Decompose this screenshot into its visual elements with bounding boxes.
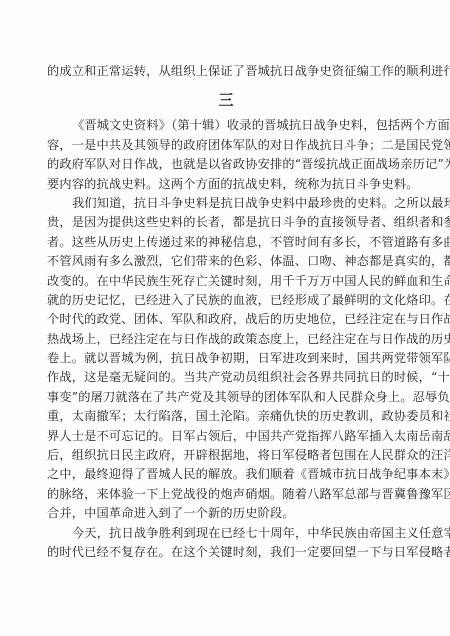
text-line: 不管风雨有多么激烈，它们带来的色彩、体温、口吻、神态都是真实的，都是不可 xyxy=(47,252,405,271)
text-line: 作战，这是毫无疑问的。当共产党动员组织社会各界共同抗日的时候，“十二月 xyxy=(47,368,405,387)
text-line: 贵，是因为提供这些史料的长者，都是抗日斗争的直接领导者、组织者和参与 xyxy=(47,213,405,232)
text-line: 的政府军队对日作战，也就是以省政协安排的“晋绥抗战正面战场亲历记”为主 xyxy=(47,155,405,174)
text-line: 改变的。在中华民族生死存亡关键时刻，用千千万万中国人民的鲜血和生命铸 xyxy=(47,272,405,291)
text-line: 事变”的屠刀就落在了共产党及其领导的团体军队和人民群众身上。忍辱负 xyxy=(47,388,405,407)
text-line: 热战场上，已经注定在与日作战的政策态度上，已经注定在与日作战的历史画 xyxy=(47,330,405,349)
text-line: 容，一是中共及其领导的政府团体军队的对日作战抗日斗争；二是国民党领导 xyxy=(47,136,405,155)
text-line: 界人士是不可忘记的。日军占领后，中国共产党指挥八路军插入太南岳南敌 xyxy=(47,427,405,446)
paragraph: 我们知道，抗日斗争史料是抗日战争史料中最珍贵的史料。之所以最珍 贵，是因为提供这… xyxy=(47,194,405,524)
text-line: 合并，中国革命进入到了一个新的历史阶段。 xyxy=(47,504,405,523)
text-line: 之中，最终迎得了晋城人民的解放。我们顺着《晋城市抗日战争纪事本末》展示 xyxy=(47,465,405,484)
text-line: 的脉络，来体验一下上党战役的炮声硝烟。随着八路军总部与晋冀鲁豫军区的 xyxy=(47,485,405,504)
paragraph: 《晋城文史资料》（第十辑）收录的晋城抗日战争史料，包括两个方面的内 容，一是中共… xyxy=(47,116,405,194)
document-page: 的成立和正常运转，从组织上保证了晋城抗日战争史资征编工作的顺利进行。 三 《晋城… xyxy=(47,62,405,562)
text-line: 的成立和正常运转，从组织上保证了晋城抗日战争史资征编工作的顺利进行。 xyxy=(47,62,405,81)
text-line: 重，太南撤军；太行陷落，国土沦陷。亲痛仇快的历史教训，政协委员和社会各 xyxy=(47,407,405,426)
text-line: 就的历史记忆，已经进入了民族的血液，已经形成了最鲜明的文化烙印。在那 xyxy=(47,291,405,310)
text-line: 今天，抗日战争胜利到现在已经七十周年，中华民族由帝国主义任意宰割 xyxy=(47,524,405,543)
text-line: 者。这些从历史上传递过来的神秘信息，不管时间有多长，不管道路有多曲折， xyxy=(47,233,405,252)
text-line: 卷上。就以晋城为例，抗日战争初期，日军进攻到来时，国共两党带领军队与日 xyxy=(47,349,405,368)
section-heading: 三 xyxy=(47,87,405,113)
paragraph: 今天，抗日战争胜利到现在已经七十周年，中华民族由帝国主义任意宰割 的时代已经不复… xyxy=(47,524,405,563)
text-line: 后，组织抗日民主政府，开辟根据地，将日军侵略者包围在人民群众的汪洋大海 xyxy=(47,446,405,465)
text-line: 的时代已经不复存在。在这个关键时刻，我们一定要回望一下与日军侵略者的 xyxy=(47,543,405,562)
text-line: 《晋城文史资料》（第十辑）收录的晋城抗日战争史料，包括两个方面的内 xyxy=(47,116,405,135)
text-line: 要内容的抗战史料。这两个方面的抗战史料，统称为抗日斗争史料。 xyxy=(47,175,405,194)
text-line: 个时代的政党、团体、军队和政府，战后的历史地位，已经注定在与日作战的火 xyxy=(47,310,405,329)
paragraph: 的成立和正常运转，从组织上保证了晋城抗日战争史资征编工作的顺利进行。 xyxy=(47,62,405,81)
text-line: 我们知道，抗日斗争史料是抗日战争史料中最珍贵的史料。之所以最珍 xyxy=(47,194,405,213)
